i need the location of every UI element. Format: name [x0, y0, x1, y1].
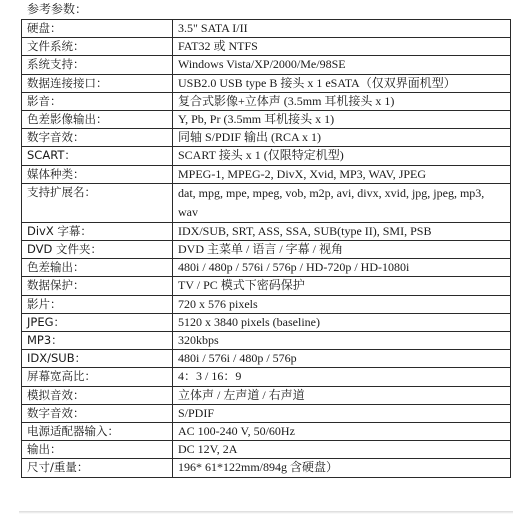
spec-value: 3.5" SATA I/II: [173, 20, 511, 38]
spec-label: 数字音效：: [22, 404, 173, 422]
table-row: SCART：SCART 接头 x 1 (仅限特定机型): [22, 147, 511, 165]
spec-label: 文件系统：: [22, 38, 173, 56]
spec-label: 数据保护：: [22, 277, 173, 295]
table-row: 文件系统：FAT32 或 NTFS: [22, 38, 511, 56]
table-row: 色差影像输出：Y, Pb, Pr (3.5mm 耳机接头 x 1): [22, 111, 511, 129]
table-row: 尺寸/重量：196* 61*122mm/894g 含硬盘）: [22, 459, 511, 477]
spec-value: dat, mpg, mpe, mpeg, vob, m2p, avi, divx…: [173, 183, 511, 222]
spec-label: 电源适配器输入：: [22, 423, 173, 441]
spec-label: 尺寸/重量：: [22, 459, 173, 477]
spec-value: 480i / 576i / 480p / 576p: [173, 350, 511, 368]
spec-label: 支持扩展名：: [22, 183, 173, 222]
spec-value: Windows Vista/XP/2000/Me/98SE: [173, 56, 511, 74]
table-row: 支持扩展名：dat, mpg, mpe, mpeg, vob, m2p, avi…: [22, 183, 511, 222]
table-row: 影音：复合式影像+立体声 (3.5mm 耳机接头 x 1): [22, 92, 511, 110]
spec-value: TV / PC 模式下密码保护: [173, 277, 511, 295]
table-row: MP3：320kbps: [22, 332, 511, 350]
table-row: 系统支持：Windows Vista/XP/2000/Me/98SE: [22, 56, 511, 74]
spec-value: 720 x 576 pixels: [173, 295, 511, 313]
spec-value: 5120 x 3840 pixels (baseline): [173, 313, 511, 331]
spec-label: 屏幕宽高比：: [22, 368, 173, 386]
table-row: 媒体种类：MPEG-1, MPEG-2, DivX, Xvid, MP3, WA…: [22, 165, 511, 183]
table-row: 色差输出：480i / 480p / 576i / 576p / HD-720p…: [22, 259, 511, 277]
table-row: 输出：DC 12V, 2A: [22, 441, 511, 459]
spec-label: MP3：: [22, 332, 173, 350]
spec-label: JPEG：: [22, 313, 173, 331]
spec-value: IDX/SUB, SRT, ASS, SSA, SUB(type II), SM…: [173, 222, 511, 240]
spec-label: 影片：: [22, 295, 173, 313]
spec-label: IDX/SUB：: [22, 350, 173, 368]
section-caption: 参考参数：: [27, 1, 87, 17]
spec-label: 数据连接接口：: [22, 74, 173, 92]
table-row: 电源适配器输入：AC 100-240 V, 50/60Hz: [22, 423, 511, 441]
table-row: 数据保护：TV / PC 模式下密码保护: [22, 277, 511, 295]
spec-label: 色差影像输出：: [22, 111, 173, 129]
spec-label: DivX 字幕：: [22, 222, 173, 240]
spec-label: 模拟音效：: [22, 386, 173, 404]
spec-value: 196* 61*122mm/894g 含硬盘）: [173, 459, 511, 477]
table-row: 模拟音效：立体声 / 左声道 / 右声道: [22, 386, 511, 404]
spec-value: FAT32 或 NTFS: [173, 38, 511, 56]
spec-value: MPEG-1, MPEG-2, DivX, Xvid, MP3, WAV, JP…: [173, 165, 511, 183]
spec-label: 数字音效：: [22, 129, 173, 147]
spec-value: 同轴 S/PDIF 输出 (RCA x 1): [173, 129, 511, 147]
spec-value: 480i / 480p / 576i / 576p / HD-720p / HD…: [173, 259, 511, 277]
spec-value: USB2.0 USB type B 接头 x 1 eSATA（仅双界面机型）: [173, 74, 511, 92]
spec-label: 影音：: [22, 92, 173, 110]
spec-value: SCART 接头 x 1 (仅限特定机型): [173, 147, 511, 165]
spec-label: 系统支持：: [22, 56, 173, 74]
spec-label: DVD 文件夹：: [22, 241, 173, 259]
spec-value: Y, Pb, Pr (3.5mm 耳机接头 x 1): [173, 111, 511, 129]
spec-label: 输出：: [22, 441, 173, 459]
table-row: 硬盘：3.5" SATA I/II: [22, 20, 511, 38]
table-row: 数字音效：同轴 S/PDIF 输出 (RCA x 1): [22, 129, 511, 147]
spec-value: 立体声 / 左声道 / 右声道: [173, 386, 511, 404]
spec-label: 色差输出：: [22, 259, 173, 277]
table-row: 影片：720 x 576 pixels: [22, 295, 511, 313]
spec-value: S/PDIF: [173, 404, 511, 422]
spec-label: SCART：: [22, 147, 173, 165]
spec-value: AC 100-240 V, 50/60Hz: [173, 423, 511, 441]
table-shadow: [19, 511, 513, 514]
table-row: 屏幕宽高比：4：3 / 16：9: [22, 368, 511, 386]
table-row: IDX/SUB：480i / 576i / 480p / 576p: [22, 350, 511, 368]
spec-value: 复合式影像+立体声 (3.5mm 耳机接头 x 1): [173, 92, 511, 110]
table-row: 数字音效：S/PDIF: [22, 404, 511, 422]
table-row: 数据连接接口：USB2.0 USB type B 接头 x 1 eSATA（仅双…: [22, 74, 511, 92]
table-row: DivX 字幕：IDX/SUB, SRT, ASS, SSA, SUB(type…: [22, 222, 511, 240]
spec-value: 4：3 / 16：9: [173, 368, 511, 386]
spec-value: DC 12V, 2A: [173, 441, 511, 459]
table-row: DVD 文件夹：DVD 主菜单 / 语言 / 字幕 / 视角: [22, 241, 511, 259]
spec-label: 硬盘：: [22, 20, 173, 38]
spec-table: 硬盘：3.5" SATA I/II 文件系统：FAT32 或 NTFS 系统支持…: [21, 19, 511, 478]
spec-label: 媒体种类：: [22, 165, 173, 183]
spec-value: 320kbps: [173, 332, 511, 350]
table-row: JPEG：5120 x 3840 pixels (baseline): [22, 313, 511, 331]
spec-value: DVD 主菜单 / 语言 / 字幕 / 视角: [173, 241, 511, 259]
